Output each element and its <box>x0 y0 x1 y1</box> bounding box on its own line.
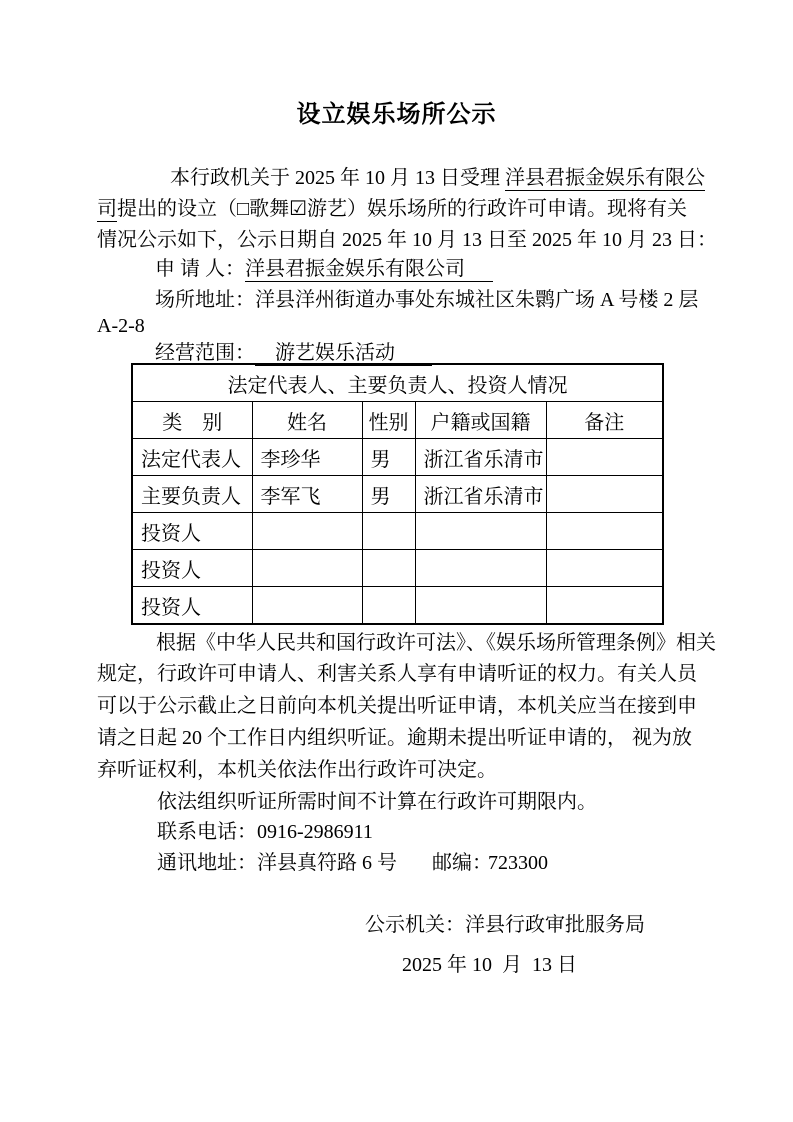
col-header-gender: 性别 <box>362 402 415 439</box>
legal-paragraph-line-1: 根据《中华人民共和国行政许可法》、《娱乐场所管理条例》相关 <box>156 630 716 656</box>
announcement-document: 设立娱乐场所公示 本行政机关于 2025 年 10 月 13 日受理 洋县君振金… <box>0 0 793 1122</box>
cell-residence <box>415 550 546 587</box>
issuing-agency-label: 公示机关： <box>365 914 465 936</box>
cell-category: 法定代表人 <box>132 439 252 476</box>
intro-line-2-rest: ）娱乐场所的行政许可申请。现将有关 <box>347 198 687 220</box>
legal-paragraph-line-2: 规定，行政许可申请人、利害关系人享有申请听证的权力。有关人员 <box>97 661 697 687</box>
intro-line-3: 情况公示如下，公示日期自 2025 年 10 月 13 日至 2025 年 10… <box>97 227 717 253</box>
announcement-date: 2025 年 10 月 13 日 <box>402 952 577 978</box>
col-header-remark: 备注 <box>546 402 663 439</box>
cell-remark <box>546 513 663 550</box>
premises-address-value: 洋县洋州街道办事处东城社区朱鹮广场 A 号楼 2 层 <box>255 289 698 311</box>
table-row: 投资人 <box>132 587 663 625</box>
cell-category: 投资人 <box>132 550 252 587</box>
contact-mail-value: 洋县真符路 6 号 <box>257 852 397 874</box>
business-scope-label: 经营范围： <box>155 342 255 364</box>
legal-paragraph-line-4: 请之日起 20 个工作日内组织听证。逾期未提出听证申请的， 视为放 <box>97 725 692 751</box>
document-title: 设立娱乐场所公示 <box>0 100 793 130</box>
cell-residence: 浙江省乐清市 <box>415 439 546 476</box>
premises-address-row: 场所地址：洋县洋州街道办事处东城社区朱鹮广场 A 号楼 2 层 <box>155 287 698 313</box>
table-row: 法定代表人 李珍华 男 浙江省乐清市 <box>132 439 663 476</box>
cell-remark <box>546 550 663 587</box>
issuing-agency-value: 洋县行政审批服务局 <box>465 914 645 936</box>
contact-phone-row: 联系电话：0916-2986911 <box>157 819 373 845</box>
cell-gender: 男 <box>362 476 415 513</box>
postal-code-label: 邮编： <box>432 850 492 876</box>
intro-line-2: 司提出的设立（□歌舞☑游艺）娱乐场所的行政许可申请。现将有关 <box>97 196 687 222</box>
postal-code-value: 723300 <box>488 850 548 876</box>
cell-gender <box>362 513 415 550</box>
intro-line-1: 本行政机关于 2025 年 10 月 13 日受理 洋县君振金娱乐有限公 <box>170 165 705 191</box>
cell-residence <box>415 513 546 550</box>
cell-name <box>252 587 362 625</box>
option-song-dance: 歌舞 <box>249 198 289 220</box>
cell-category: 投资人 <box>132 513 252 550</box>
premises-address-label: 场所地址： <box>155 289 255 311</box>
cell-residence: 浙江省乐清市 <box>415 476 546 513</box>
cell-category: 主要负责人 <box>132 476 252 513</box>
applicant-name-underlined-part2: 司 <box>97 198 117 222</box>
legal-paragraph-line-5: 弃听证权利，本机关依法作出行政许可决定。 <box>97 757 497 783</box>
cell-name <box>252 513 362 550</box>
intro-line-1-text: 本行政机关于 2025 年 10 月 13 日受理 <box>170 167 505 189</box>
applicant-row: 申 请 人：洋县君振金娱乐有限公司 <box>155 256 493 282</box>
contact-phone-label: 联系电话： <box>157 821 257 843</box>
cell-gender <box>362 550 415 587</box>
checkbox-checked-icon: ☑ <box>289 198 307 220</box>
applicant-name-underlined-part1: 洋县君振金娱乐有限公 <box>505 167 705 191</box>
cell-gender: 男 <box>362 439 415 476</box>
applicant-value: 洋县君振金娱乐有限公司 <box>245 258 493 282</box>
col-header-name: 姓名 <box>252 402 362 439</box>
hearing-time-note: 依法组织听证所需时间不计算在行政许可期限内。 <box>157 789 597 815</box>
cell-remark <box>546 476 663 513</box>
cell-name <box>252 550 362 587</box>
premises-address-wrap: A-2-8 <box>97 313 145 339</box>
applicant-label: 申 请 人： <box>155 258 245 280</box>
table-caption-row: 法定代表人、主要负责人、投资人情况 <box>132 364 663 402</box>
table-row: 投资人 <box>132 550 663 587</box>
cell-remark <box>546 587 663 625</box>
legal-paragraph-line-3: 可以于公示截止之日前向本机关提出听证申请，本机关应当在接到申 <box>97 693 697 719</box>
cell-remark <box>546 439 663 476</box>
contact-mail-row: 通讯地址：洋县真符路 6 号邮编：723300 <box>157 850 397 876</box>
cell-residence <box>415 587 546 625</box>
table-row: 主要负责人 李军飞 男 浙江省乐清市 <box>132 476 663 513</box>
cell-category: 投资人 <box>132 587 252 625</box>
contact-phone-value: 0916-2986911 <box>257 821 373 843</box>
issuing-agency-row: 公示机关：洋县行政审批服务局 <box>365 912 645 938</box>
table-caption: 法定代表人、主要负责人、投资人情况 <box>132 364 663 402</box>
table-header-row: 类 别 姓名 性别 户籍或国籍 备注 <box>132 402 663 439</box>
persons-table: 法定代表人、主要负责人、投资人情况 类 别 姓名 性别 户籍或国籍 备注 法定代… <box>131 363 664 625</box>
cell-name: 李珍华 <box>252 439 362 476</box>
col-header-residence: 户籍或国籍 <box>415 402 546 439</box>
intro-line-2-text: 提出的设立（ <box>117 198 237 220</box>
cell-gender <box>362 587 415 625</box>
cell-name: 李军飞 <box>252 476 362 513</box>
table-row: 投资人 <box>132 513 663 550</box>
checkbox-unchecked-icon: □ <box>237 198 249 220</box>
contact-mail-label: 通讯地址： <box>157 852 257 874</box>
col-header-category: 类 别 <box>132 402 252 439</box>
option-amusement: 游艺 <box>307 198 347 220</box>
